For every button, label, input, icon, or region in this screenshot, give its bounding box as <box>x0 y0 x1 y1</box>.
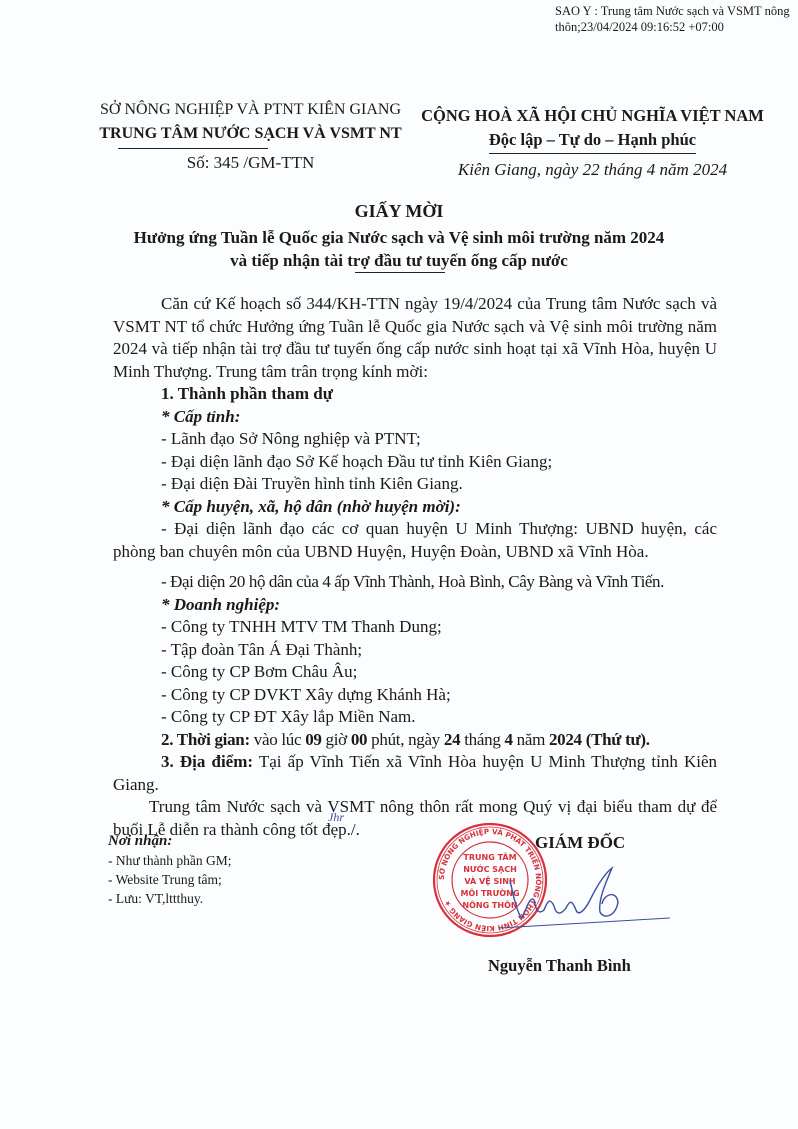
document-number: Số: 345 /GM-TTN <box>78 153 423 173</box>
handwritten-signature-icon <box>500 860 670 930</box>
recipient-item: - Như thành phần GM; <box>108 851 232 870</box>
subtitle-line-2: và tiếp nhận tài trợ đầu tư tuyến ống cấ… <box>0 249 798 272</box>
parent-organization: SỞ NÔNG NGHIỆP VÀ PTNT KIÊN GIANG <box>78 98 423 122</box>
place-and-date: Kiên Giang, ngày 22 tháng 4 năm 2024 <box>415 160 770 180</box>
signer-title: GIÁM ĐỐC <box>535 833 625 853</box>
issuing-organization: SỞ NÔNG NGHIỆP VÀ PTNT KIÊN GIANG TRUNG … <box>78 98 423 146</box>
title-underline <box>355 272 445 273</box>
list-item: - Đại diện lãnh đạo các cơ quan huyện U … <box>113 518 717 563</box>
org-underline <box>118 148 268 149</box>
list-item: - Công ty CP ĐT Xây lắp Miền Nam. <box>113 706 717 729</box>
list-item: - Đại diện Đài Truyền hình tỉnh Kiên Gia… <box>113 473 717 496</box>
organization-name: TRUNG TÂM NƯỚC SẠCH VÀ VSMT NT <box>78 122 423 146</box>
signer-name: Nguyễn Thanh Bình <box>488 956 631 976</box>
recipient-item: - Website Trung tâm; <box>108 870 232 889</box>
national-header: CỘNG HOÀ XÃ HỘI CHỦ NGHĨA VIỆT NAM Độc l… <box>415 104 770 154</box>
recipients-block: Nơi nhận: - Như thành phần GM; - Website… <box>108 832 232 908</box>
recipient-item: - Lưu: VT,lttthuy. <box>108 889 232 908</box>
list-item: - Đại diện lãnh đạo Sở Kế hoạch Đầu tư t… <box>113 451 717 474</box>
time-line: 2. Thời gian: vào lúc 09 giờ 00 phút, ng… <box>113 729 717 752</box>
national-motto: Độc lập – Tự do – Hạnh phúc <box>489 128 696 154</box>
list-item: - Công ty TNHH MTV TM Thanh Dung; <box>113 616 717 639</box>
province-level-label: * Cấp tỉnh: <box>113 406 717 429</box>
intro-paragraph: Căn cứ Kế hoạch số 344/KH-TTN ngày 19/4/… <box>113 293 717 383</box>
list-item: - Công ty CP DVKT Xây dựng Khánh Hà; <box>113 684 717 707</box>
recipients-label: Nơi nhận: <box>108 832 232 851</box>
digital-copy-stamp: SAO Y : Trung tâm Nước sạch và VSMT nông… <box>555 3 795 35</box>
country-name: CỘNG HOÀ XÃ HỘI CHỦ NGHĨA VIỆT NAM <box>415 104 770 128</box>
list-item: - Tập đoàn Tân Á Đại Thành; <box>113 639 717 662</box>
district-level-label: * Cấp huyện, xã, hộ dân (nhờ huyện mời): <box>113 496 717 519</box>
section-attendees-heading: 1. Thành phần tham dự <box>113 383 717 406</box>
list-item: - Lãnh đạo Sở Nông nghiệp và PTNT; <box>113 428 717 451</box>
location-line: 3. Địa điểm: Tại ấp Vĩnh Tiến xã Vĩnh Hò… <box>113 751 717 796</box>
business-label: * Doanh nghiệp: <box>113 594 717 617</box>
document-title: GIẤY MỜI <box>0 198 798 224</box>
document-body: Căn cứ Kế hoạch số 344/KH-TTN ngày 19/4/… <box>113 293 717 841</box>
list-item: - Công ty CP Bơm Châu Âu; <box>113 661 717 684</box>
document-subtitle: Hưởng ứng Tuần lễ Quốc gia Nước sạch và … <box>0 226 798 272</box>
list-item: - Đại diện 20 hộ dân của 4 ấp Vĩnh Thành… <box>113 571 717 594</box>
handwritten-initials: Jhr <box>328 810 344 825</box>
subtitle-line-1: Hưởng ứng Tuần lễ Quốc gia Nước sạch và … <box>0 226 798 249</box>
